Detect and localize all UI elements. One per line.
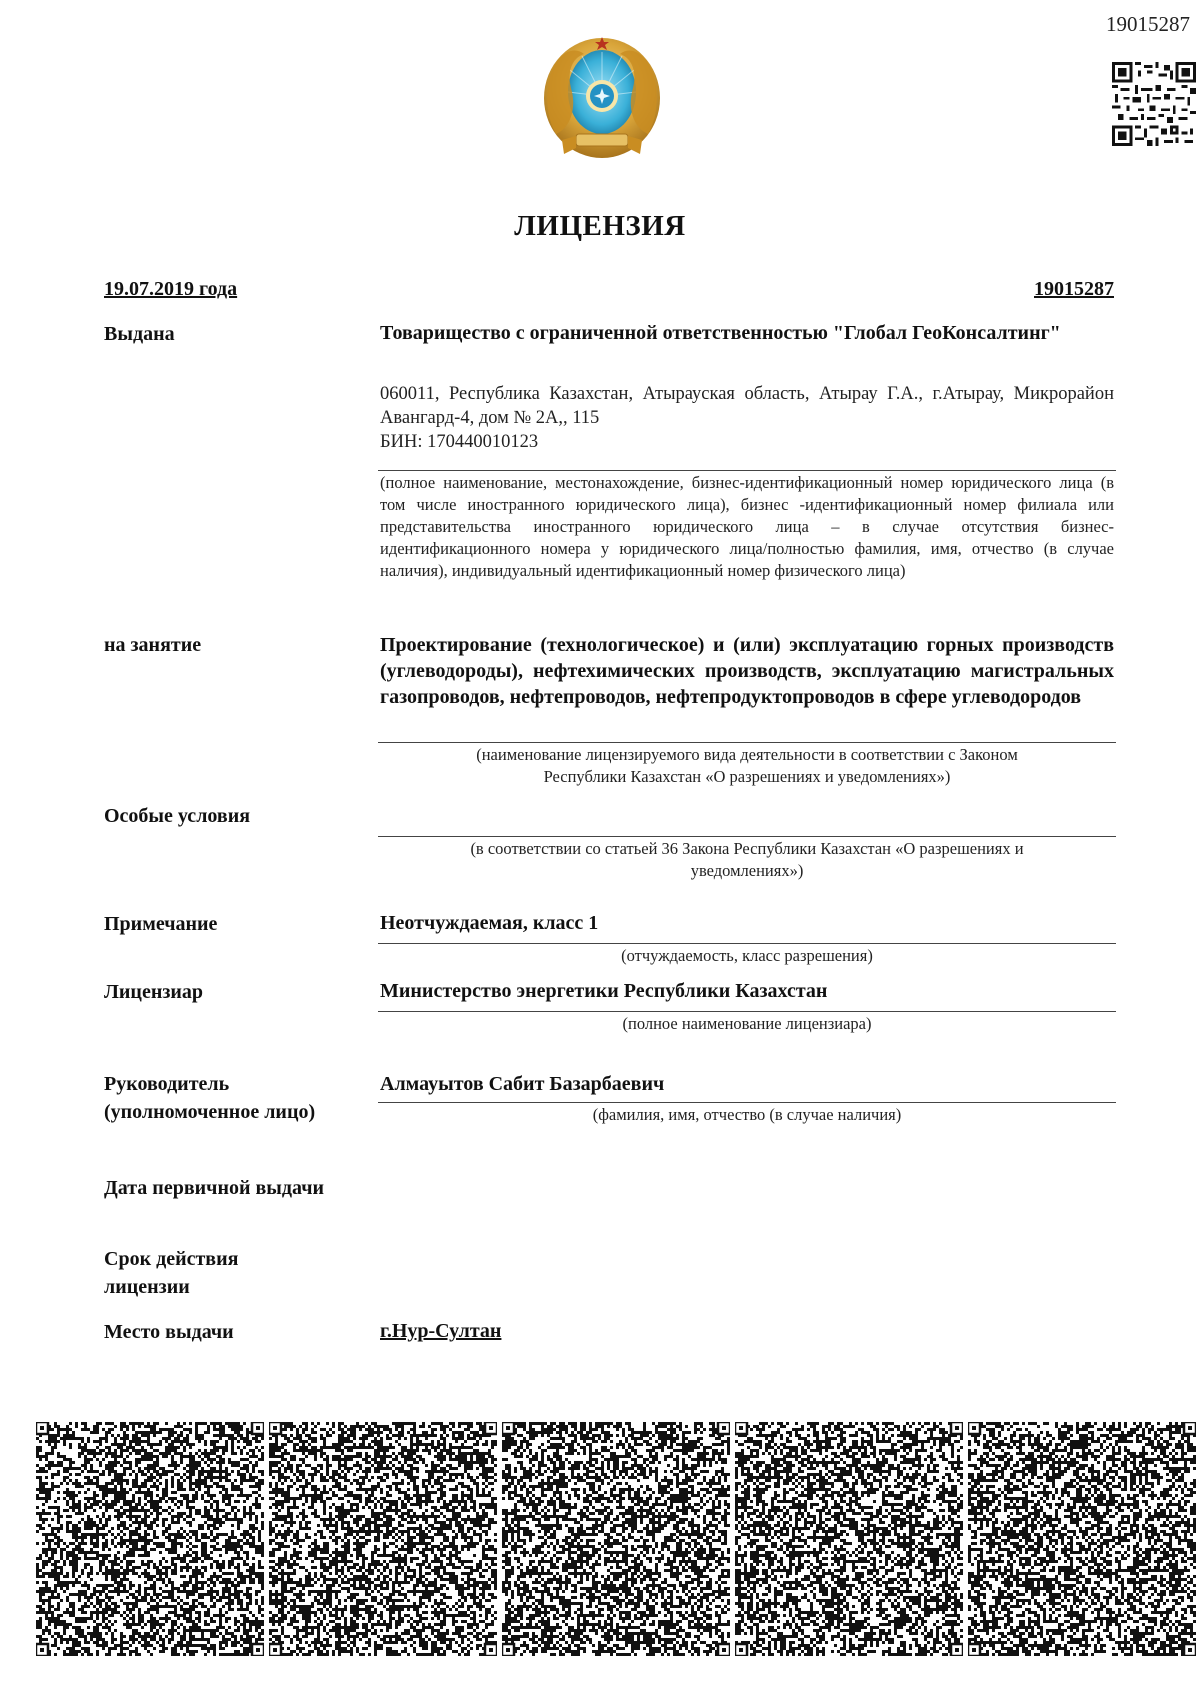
activity-label: на занятие <box>104 632 201 659</box>
issued-to-label: Выдана <box>104 321 175 348</box>
activity-hint-line2: Республики Казахстан «О разрешениях и ув… <box>380 766 1114 788</box>
place-of-issue-value: г.Нур-Султан <box>380 1320 501 1343</box>
issued-to-hint: (полное наименование, местонахождение, б… <box>380 472 1114 582</box>
divider-issued-to <box>378 470 1116 471</box>
issue-date: 19.07.2019 года <box>104 278 237 301</box>
divider-note <box>378 943 1116 944</box>
licensee-name: Товарищество с ограниченной ответственно… <box>380 320 1114 346</box>
special-conditions-hint-line1: (в соответствии со статьей 36 Закона Рес… <box>380 838 1114 860</box>
qr-code-icon <box>1112 62 1196 146</box>
note-hint: (отчуждаемость, класс разрешения) <box>380 945 1114 967</box>
licensor-hint: (полное наименование лицензиара) <box>380 1013 1114 1035</box>
license-number: 19015287 <box>1034 278 1114 301</box>
barcode-icon <box>36 1422 264 1656</box>
divider-head <box>378 1102 1116 1103</box>
head-hint: (фамилия, имя, отчество (в случае наличи… <box>380 1104 1114 1126</box>
head-value: Алмауытов Сабит Базарбаевич <box>380 1071 1114 1097</box>
document-title: ЛИЦЕНЗИЯ <box>0 210 1200 243</box>
activity-hint-line1: (наименование лицензируемого вида деятел… <box>380 744 1114 766</box>
head-label-line2: (уполномоченное лицо) <box>104 1099 315 1126</box>
head-label-line1: Руководитель <box>104 1071 229 1098</box>
barcode-icon <box>502 1422 730 1656</box>
note-value: Неотчуждаемая, класс 1 <box>380 910 1114 936</box>
special-conditions-hint-line2: уведомлениях») <box>380 860 1114 882</box>
document-number-top: 19015287 <box>1106 12 1190 37</box>
barcode-icon <box>269 1422 497 1656</box>
barcode-icon <box>735 1422 963 1656</box>
special-conditions-label: Особые условия <box>104 803 250 830</box>
licensee-bin: БИН: 170440010123 <box>380 430 1114 454</box>
first-issue-date-label: Дата первичной выдачи <box>104 1175 324 1202</box>
divider-activity <box>378 742 1116 743</box>
licensor-value: Министерство энергетики Республики Казах… <box>380 978 1114 1004</box>
state-emblem-icon <box>542 36 662 160</box>
divider-special-conditions <box>378 836 1116 837</box>
activity-value: Проектирование (технологическое) и (или)… <box>380 632 1114 710</box>
place-of-issue-label: Место выдачи <box>104 1319 234 1346</box>
validity-label-line2: лицензии <box>104 1274 190 1301</box>
licensee-address: 060011, Республика Казахстан, Атырауская… <box>380 382 1114 430</box>
barcode-strip <box>36 1422 1200 1656</box>
validity-label-line1: Срок действия <box>104 1246 238 1273</box>
barcode-icon <box>968 1422 1196 1656</box>
licensor-label: Лицензиар <box>104 979 203 1006</box>
divider-licensor <box>378 1011 1116 1012</box>
note-label: Примечание <box>104 911 217 938</box>
